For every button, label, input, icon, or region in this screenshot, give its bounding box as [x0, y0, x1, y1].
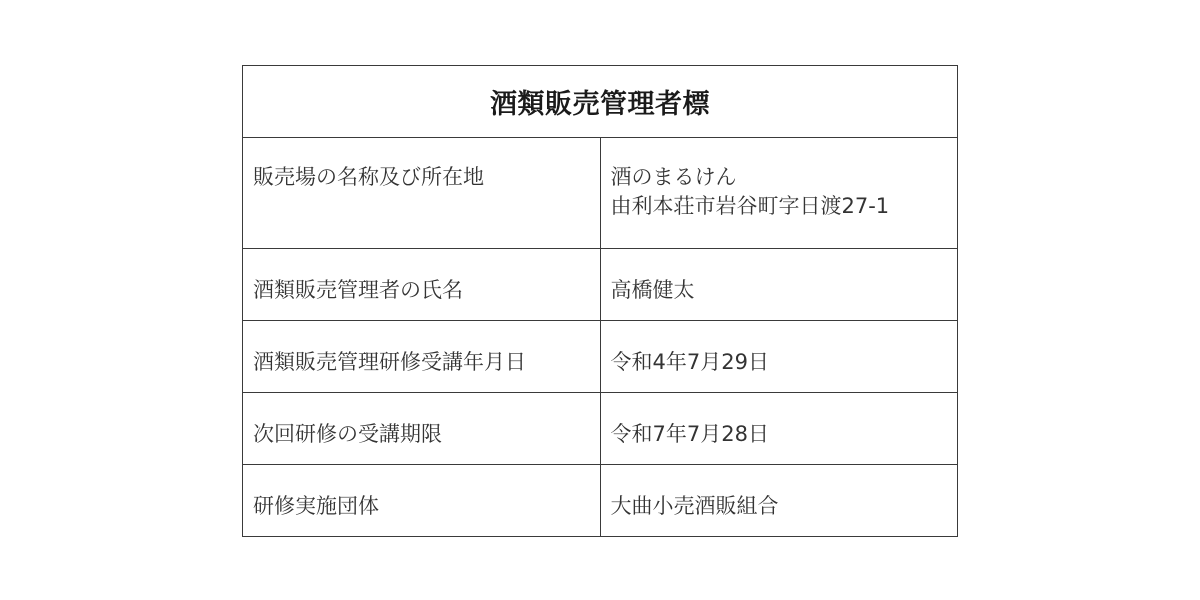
manager-name-value: 高橋健太: [600, 249, 958, 321]
training-organization-label: 研修実施団体: [243, 465, 601, 537]
table-row: 販売場の名称及び所在地 酒のまるけん 由利本荘市岩谷町字日渡27-1: [243, 138, 958, 249]
table-row: 次回研修の受講期限 令和7年7月28日: [243, 393, 958, 465]
training-date-label: 酒類販売管理研修受講年月日: [243, 321, 601, 393]
training-organization-value: 大曲小売酒販組合: [600, 465, 958, 537]
training-date-value: 令和4年7月29日: [600, 321, 958, 393]
manager-name-label: 酒類販売管理者の氏名: [243, 249, 601, 321]
store-name: 酒のまるけん: [611, 163, 948, 192]
next-training-deadline-label: 次回研修の受講期限: [243, 393, 601, 465]
next-training-deadline-value: 令和7年7月28日: [600, 393, 958, 465]
liquor-sales-manager-sign-table: 酒類販売管理者標 販売場の名称及び所在地 酒のまるけん 由利本荘市岩谷町字日渡2…: [242, 65, 958, 537]
sign-title: 酒類販売管理者標: [243, 66, 958, 138]
store-name-location-label: 販売場の名称及び所在地: [243, 138, 601, 249]
table-row: 酒類販売管理者の氏名 高橋健太: [243, 249, 958, 321]
table-row: 研修実施団体 大曲小売酒販組合: [243, 465, 958, 537]
store-address: 由利本荘市岩谷町字日渡27-1: [611, 192, 948, 221]
title-row: 酒類販売管理者標: [243, 66, 958, 138]
table-row: 酒類販売管理研修受講年月日 令和4年7月29日: [243, 321, 958, 393]
store-name-location-value: 酒のまるけん 由利本荘市岩谷町字日渡27-1: [600, 138, 958, 249]
